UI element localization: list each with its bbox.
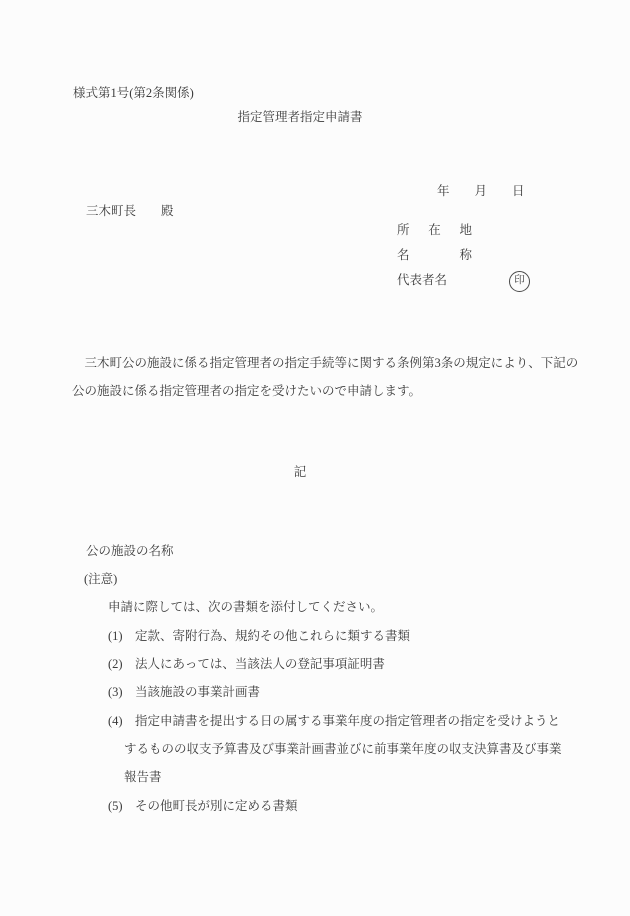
- form-number: 様式第1号(第2条関係): [73, 86, 194, 100]
- name-label: 名 称: [397, 248, 472, 262]
- body-paragraph-line-1: 三木町公の施設に係る指定管理者の指定手続等に関する条例第3条の規定により、下記の: [72, 356, 578, 370]
- item-number: (5): [108, 799, 135, 813]
- notice-label: (注意): [84, 572, 117, 586]
- item-text: 指定申請書を提出する日の属する事業年度の指定管理者の指定を受けようと: [135, 714, 560, 728]
- item-text: その他町長が別に定める書類: [135, 799, 298, 813]
- notice-item-3: (3) 当該施設の事業計画書: [108, 685, 260, 699]
- seal-character: 印: [514, 275, 525, 287]
- facility-name-label: 公の施設の名称: [86, 544, 174, 558]
- section-marker-ki: 記: [0, 465, 600, 479]
- notice-item-4-continuation: するものの収支予算書及び事業計画書並びに前事業年度の収支決算書及び事業: [124, 742, 562, 756]
- item-number: (1): [108, 629, 135, 643]
- notice-item-1: (1) 定款、寄附行為、規約その他これらに類する書類: [108, 629, 410, 643]
- date-line: 年 月 日: [437, 184, 525, 198]
- item-text: 法人にあっては、当該法人の登記事項証明書: [135, 657, 385, 671]
- document-page: 様式第1号(第2条関係) 指定管理者指定申請書 年 月 日 三木町長 殿 所 在…: [0, 0, 630, 916]
- body-paragraph-line-2: 公の施設に係る指定管理者の指定を受けたいので申請します。: [72, 384, 421, 398]
- notice-item-5: (5) その他町長が別に定める書類: [108, 799, 298, 813]
- item-number: (4): [108, 714, 135, 728]
- item-number: (3): [108, 685, 135, 699]
- address-label: 所 在 地: [397, 223, 472, 237]
- item-number: (2): [108, 657, 135, 671]
- item-text: 当該施設の事業計画書: [135, 685, 260, 699]
- addressee: 三木町長 殿: [86, 204, 174, 218]
- applicant-representative-row: 代表者名: [397, 273, 447, 287]
- representative-label: 代表者名: [397, 273, 447, 287]
- applicant-address-row: 所 在 地: [397, 223, 472, 237]
- seal-mark-icon: 印: [509, 271, 530, 292]
- notice-item-4-continuation: 報告書: [124, 770, 162, 784]
- notice-item-2: (2) 法人にあっては、当該法人の登記事項証明書: [108, 657, 385, 671]
- notice-intro: 申請に際しては、次の書類を添付してください。: [108, 600, 383, 614]
- applicant-name-row: 名 称: [397, 248, 472, 262]
- item-text: 定款、寄附行為、規約その他これらに類する書類: [135, 629, 410, 643]
- notice-item-4: (4) 指定申請書を提出する日の属する事業年度の指定管理者の指定を受けようと: [108, 714, 560, 728]
- document-title: 指定管理者指定申請書: [0, 110, 600, 124]
